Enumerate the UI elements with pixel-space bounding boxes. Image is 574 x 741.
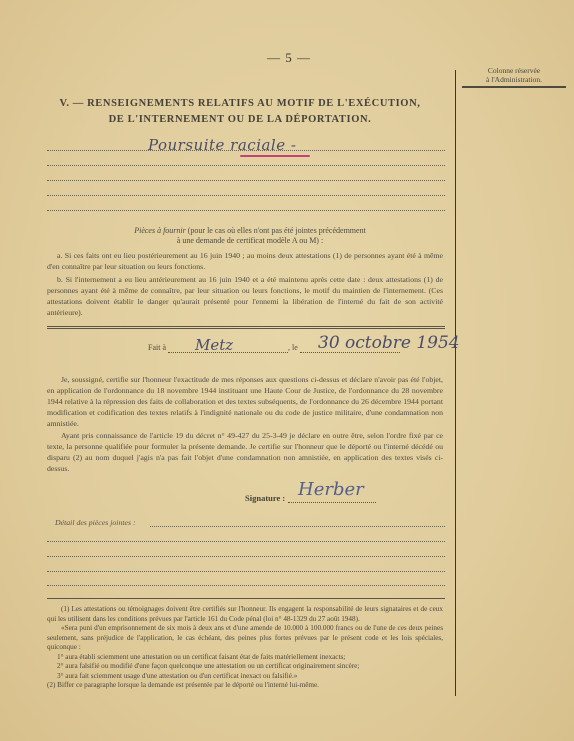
motif-field-line-1[interactable] <box>47 150 445 151</box>
admin-column-rule <box>462 86 566 88</box>
motif-field-line-3[interactable] <box>47 180 445 181</box>
fait-label: Fait à <box>148 343 166 352</box>
motif-field-line-5[interactable] <box>47 210 445 211</box>
date-label: , le <box>288 343 298 352</box>
admin-column-header: Colonne réservée à l'Administration. <box>458 66 570 84</box>
footnotes-separator <box>47 598 445 599</box>
pieces-jointes-label: Détail des pièces jointes : <box>55 518 136 527</box>
footnote-item: 3° aura fait sciemment usage d'une attes… <box>47 672 443 682</box>
pieces-label-italic: Pièces à fournir <box>134 226 186 235</box>
motif-field-line-4[interactable] <box>47 195 445 196</box>
motif-underline <box>240 155 310 157</box>
admin-column-label-line1: Colonne réservée <box>458 66 570 75</box>
pieces-jointes-line-3[interactable] <box>47 556 445 557</box>
motif-field-line-2[interactable] <box>47 165 445 166</box>
footnotes: (1) Les attestations ou témoignages doiv… <box>47 605 443 691</box>
footnote-1: (1) Les attestations ou témoignages doiv… <box>47 605 443 624</box>
signature-handwritten: Herber <box>298 479 364 500</box>
motif-handwritten: Poursuite raciale - <box>148 136 296 154</box>
section-title-line2: DE L'INTERNEMENT OU DE LA DÉPORTATION. <box>30 112 450 128</box>
pieces-jointes-line-4[interactable] <box>47 571 445 572</box>
section-separator <box>47 326 445 329</box>
pieces-item-b: b. Si l'internement a eu lieu antérieure… <box>47 274 443 318</box>
signature-label: Signature : <box>245 493 285 503</box>
date-handwritten: 30 octobre 1954 <box>318 333 460 353</box>
admin-column-divider <box>455 70 456 696</box>
footnote-item: 1° aura établi sciemment une attestation… <box>47 653 443 663</box>
section-title: V. — RENSEIGNEMENTS RELATIFS AU MOTIF DE… <box>30 96 450 128</box>
pieces-jointes-line-2[interactable] <box>47 541 445 542</box>
footnote-quote-intro: «Sera puni d'un emprisonnement de six mo… <box>47 624 443 653</box>
pieces-a-fournir-heading: Pièces à fournir (pour le cas où elles n… <box>40 226 460 245</box>
place-handwritten: Metz <box>195 336 233 354</box>
declaration-paragraph-1: Je, soussigné, certifie sur l'honneur l'… <box>47 374 443 429</box>
declaration-paragraph-2: Ayant pris connaissance de l'article 19 … <box>47 430 443 474</box>
document-page: — 5 — Colonne réservée à l'Administratio… <box>0 0 574 741</box>
footnote-item: 2° aura falsifié ou modifié d'une façon … <box>47 662 443 672</box>
admin-column-label-line2: à l'Administration. <box>458 75 570 84</box>
pieces-label-line2: à une demande de certificat modèle A ou … <box>40 236 460 246</box>
pieces-label-rest: (pour le cas où elles n'ont pas été join… <box>186 226 366 235</box>
footnote-2: (2) Biffer ce paragraphe lorsque la dema… <box>47 681 443 691</box>
signature-field[interactable] <box>288 502 376 503</box>
pieces-jointes-line-1[interactable] <box>150 526 445 527</box>
pieces-item-a: a. Si ces faits ont eu lieu postérieurem… <box>47 250 443 272</box>
pieces-jointes-line-5[interactable] <box>47 585 445 586</box>
section-title-line1: V. — RENSEIGNEMENTS RELATIFS AU MOTIF DE… <box>30 96 450 112</box>
